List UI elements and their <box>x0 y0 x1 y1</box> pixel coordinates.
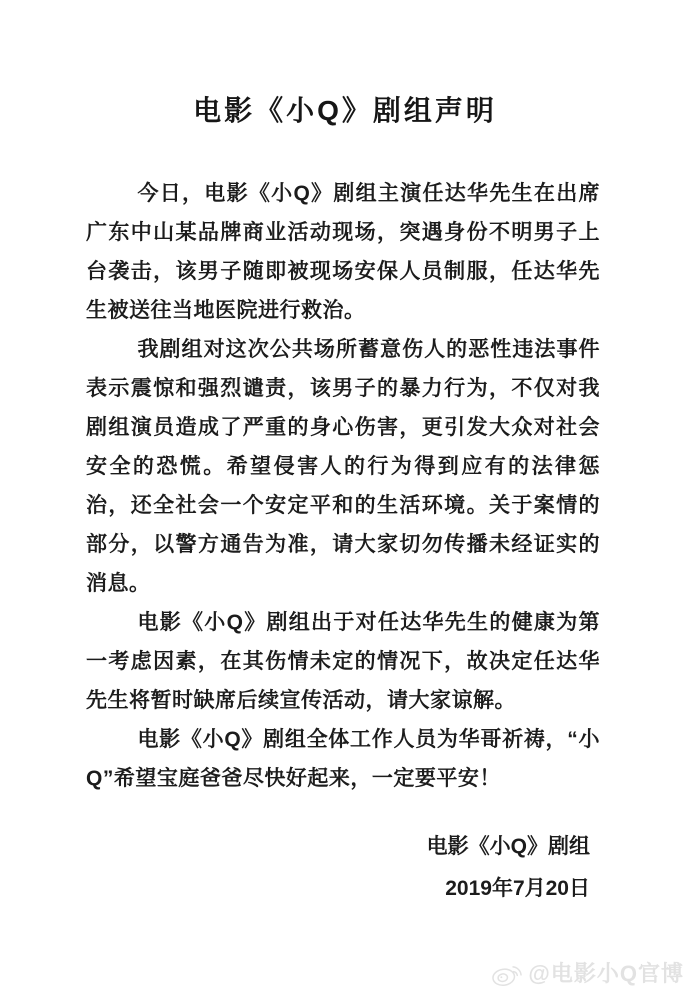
paragraph-condemnation: 我剧组对这次公共场所蓄意伤人的恶性违法事件表示震惊和强烈谴责，该男子的暴力行为，… <box>86 330 600 603</box>
signature-crew-name: 电影《小Q》剧组 <box>0 826 590 868</box>
weibo-watermark: @电影小Q官博 <box>491 957 684 988</box>
paragraph-prayer: 电影《小Q》剧组全体工作人员为华哥祈祷，“小Q”希望宝庭爸爸尽快好起来，一定要平… <box>86 720 600 798</box>
watermark-text: @电影小Q官博 <box>528 957 684 988</box>
weibo-logo-icon <box>491 958 523 988</box>
signature-date: 2019年7月20日 <box>0 868 590 910</box>
document-title: 电影《小Q》剧组声明 <box>0 0 690 129</box>
document-body: 今日，电影《小Q》剧组主演任达华先生在出席广东中山某品牌商业活动现场，突遇身份不… <box>86 174 600 798</box>
paragraph-absence-decision: 电影《小Q》剧组出于对任达华先生的健康为第一考虑因素，在其伤情未定的情况下，故决… <box>86 603 600 720</box>
signature-block: 电影《小Q》剧组 2019年7月20日 <box>0 826 590 910</box>
statement-document-page: 电影《小Q》剧组声明 今日，电影《小Q》剧组主演任达华先生在出席广东中山某品牌商… <box>0 0 690 993</box>
paragraph-incident: 今日，电影《小Q》剧组主演任达华先生在出席广东中山某品牌商业活动现场，突遇身份不… <box>86 174 600 330</box>
